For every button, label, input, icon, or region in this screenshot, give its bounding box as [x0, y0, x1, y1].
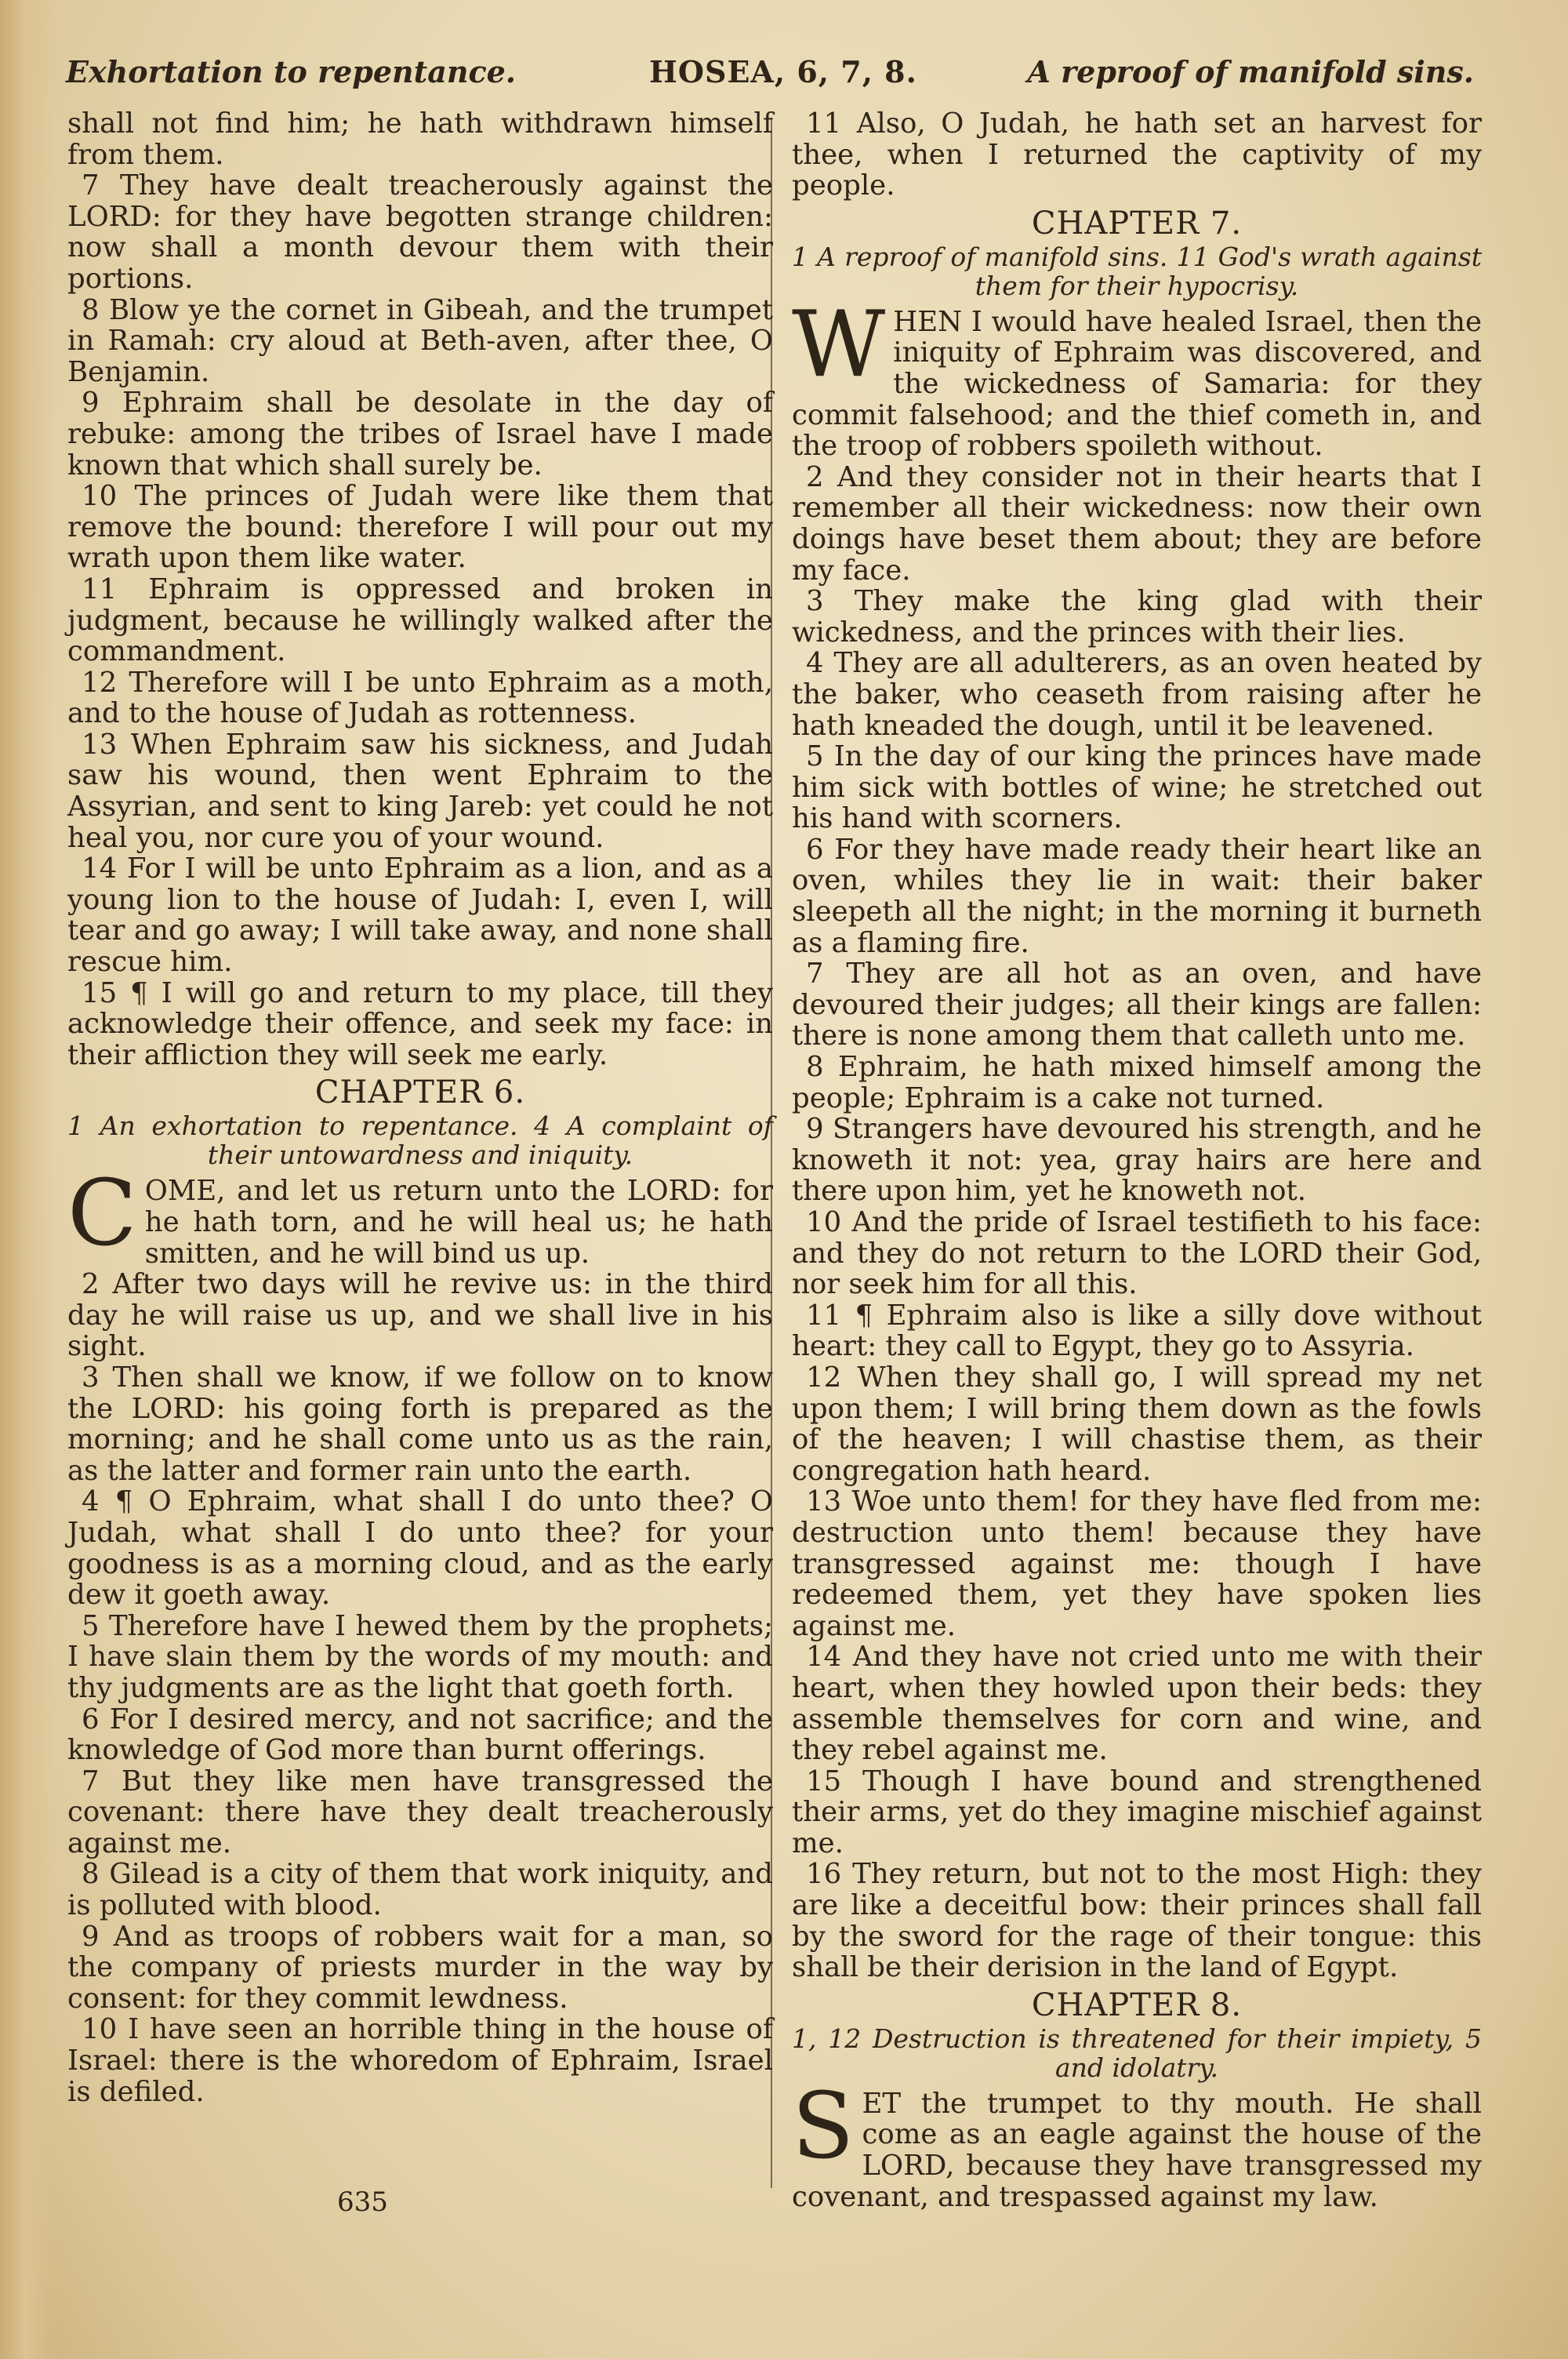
verse-text: Woe unto them! for they have fled from m…	[792, 1485, 1482, 1641]
right-column: 11 Also, O Judah, he hath set an harvest…	[792, 108, 1482, 2212]
verse-number: 11	[806, 1299, 841, 1332]
verse-text: For they have made ready their heart lik…	[792, 834, 1482, 959]
verse-text: For I will be unto Ephraim as a lion, an…	[67, 852, 773, 978]
verse: 9 Ephraim shall be desolate in the day o…	[67, 387, 773, 481]
verse-number: 13	[806, 1485, 841, 1518]
left-column: shall not find him; he hath withdrawn hi…	[67, 108, 773, 2107]
verse-text: Ephraim shall be desolate in the day of …	[67, 387, 773, 481]
verse-text: ¶ I will go and return to my place, till…	[67, 977, 773, 1071]
header-book-chapters: HOSEA, 6, 7, 8.	[649, 49, 917, 96]
chapter-first-verse: SET the trumpet to thy mouth. He shall c…	[792, 2088, 1482, 2212]
verse-number: 11	[806, 107, 841, 140]
verse-number: 15	[806, 1765, 841, 1797]
verse: 2 After two days will he revive us: in t…	[67, 1269, 773, 1362]
verse: 3 They make the king glad with their wic…	[792, 586, 1482, 648]
verse-number: 7	[82, 1765, 100, 1797]
chapter-title: CHAPTER 7.	[792, 206, 1482, 241]
verse-number: 3	[806, 585, 824, 617]
verse-text: The princes of Judah were like them that…	[67, 480, 773, 574]
verse-number: 15	[82, 977, 117, 1009]
chapter-8: CHAPTER 8. 1, 12 Destruction is threaten…	[792, 1988, 1482, 2212]
verse-number: 10	[82, 480, 117, 512]
verse-text: HEN I would have healed Israel, then the…	[792, 306, 1482, 462]
verse-number: 2	[806, 461, 824, 493]
verse-text: They are all adulterers, as an oven heat…	[792, 647, 1482, 741]
verse-number: 4	[82, 1485, 100, 1518]
verse: 5 In the day of our king the princes hav…	[792, 741, 1482, 834]
verse-number: 10	[82, 2013, 117, 2045]
chapter-first-verse: WHEN I would have healed Israel, then th…	[792, 307, 1482, 462]
verse-text: And as troops of robbers wait for a man,…	[67, 1921, 773, 2015]
page-spine-shadow	[0, 0, 55, 2359]
verse: 4 ¶ O Ephraim, what shall I do unto thee…	[67, 1486, 773, 1610]
verse-text: For I desired mercy, and not sacrifice; …	[67, 1703, 773, 1767]
verse: 8 Gilead is a city of them that work ini…	[67, 1859, 773, 1921]
verse: 3 Then shall we know, if we follow on to…	[67, 1362, 773, 1486]
verse-text: ¶ Ephraim also is like a silly dove with…	[792, 1299, 1482, 1363]
verse-number: 5	[806, 740, 824, 772]
verse: 9 Strangers have devoured his strength, …	[792, 1114, 1482, 1207]
verse: 7 They are all hot as an oven, and have …	[792, 958, 1482, 1052]
verse-number: 8	[82, 1858, 100, 1890]
verse: 10 And the pride of Israel testifieth to…	[792, 1207, 1482, 1300]
chapter-7: CHAPTER 7. 1 A reproof of manifold sins.…	[792, 206, 1482, 1983]
chapter-summary: 1, 12 Destruction is threatened for thei…	[792, 2024, 1482, 2082]
verse: 16 They return, but not to the most High…	[792, 1859, 1482, 1983]
verse: 6 For they have made ready their heart l…	[792, 834, 1482, 958]
verse-number: 14	[82, 852, 117, 885]
verse-number: 13	[82, 729, 117, 761]
chapter-first-verse: COME, and let us return unto the LORD: f…	[67, 1176, 773, 1269]
verse-text: ET the trumpet to thy mouth. He shall co…	[792, 2088, 1482, 2213]
verse-text: They return, but not to the most High: t…	[792, 1858, 1482, 1983]
verse-text: I have seen an horrible thing in the hou…	[67, 2013, 773, 2107]
verse-text: And they have not cried unto me with the…	[792, 1641, 1482, 1766]
verse-text: They make the king glad with their wicke…	[792, 585, 1482, 649]
verse: 11 Ephraim is oppressed and broken in ju…	[67, 574, 773, 667]
verse-text: And they consider not in their hearts th…	[792, 461, 1482, 587]
verse: 15 Though I have bound and strengthened …	[792, 1766, 1482, 1859]
verse: 8 Blow ye the cornet in Gibeah, and the …	[67, 295, 773, 388]
verse-text: Therefore will I be unto Ephraim as a mo…	[67, 667, 773, 730]
verse: 7 They have dealt treacherously against …	[67, 170, 773, 294]
header-right-title: A reproof of manifold sins.	[1027, 49, 1474, 96]
verse-text: Gilead is a city of them that work iniqu…	[67, 1858, 773, 1921]
verse: 5 Therefore have I hewed them by the pro…	[67, 1611, 773, 1704]
drop-cap: W	[792, 311, 885, 379]
verse-number: 12	[82, 667, 117, 699]
verse: 9 And as troops of robbers wait for a ma…	[67, 1921, 773, 2015]
verse-text: Also, O Judah, he hath set an harvest fo…	[792, 107, 1482, 202]
verse-text: OME, and let us return unto the LORD: fo…	[145, 1175, 773, 1269]
page-number: 635	[337, 2186, 388, 2218]
verse-number: 2	[82, 1268, 100, 1300]
verse: 10 The princes of Judah were like them t…	[67, 481, 773, 574]
verse: 13 Woe unto them! for they have fled fro…	[792, 1486, 1482, 1641]
verse-number: 16	[806, 1858, 841, 1890]
verse-number: 9	[82, 1921, 100, 1953]
verse-number: 10	[806, 1206, 841, 1238]
verse-number: 3	[82, 1361, 100, 1394]
verse: 2 And they consider not in their hearts …	[792, 462, 1482, 586]
verse-number: 8	[806, 1051, 824, 1083]
verse-number: 6	[82, 1703, 100, 1736]
verse-text: They have dealt treacherously against th…	[67, 169, 773, 295]
chapter-summary: 1 An exhortation to repentance. 4 A comp…	[67, 1111, 773, 1169]
verse-number: 11	[82, 573, 117, 605]
verse-text: Therefore have I hewed them by the proph…	[67, 1610, 773, 1704]
chapter-title: CHAPTER 6.	[67, 1075, 773, 1110]
verse-text: And the pride of Israel testifieth to hi…	[792, 1206, 1482, 1300]
verse-number: 9	[82, 387, 100, 419]
verse: 13 When Ephraim saw his sickness, and Ju…	[67, 729, 773, 853]
verse: 4 They are all adulterers, as an oven he…	[792, 648, 1482, 741]
verse-text: ¶ O Ephraim, what shall I do unto thee? …	[67, 1485, 773, 1611]
verse-text: After two days will he revive us: in the…	[67, 1268, 773, 1362]
verse-text: Then shall we know, if we follow on to k…	[67, 1361, 773, 1487]
header-left-title: Exhortation to repentance.	[66, 49, 516, 96]
verse: 11 ¶ Ephraim also is like a silly dove w…	[792, 1300, 1482, 1362]
verse-number: 5	[82, 1610, 100, 1642]
verse-number: 14	[806, 1641, 841, 1673]
verse-number: 8	[82, 294, 100, 326]
chapter-6: CHAPTER 6. 1 An exhortation to repentanc…	[67, 1075, 773, 2107]
chapter-title: CHAPTER 8.	[792, 1988, 1482, 2023]
verse-number: 9	[806, 1113, 824, 1145]
verse-number: 12	[806, 1361, 841, 1394]
verse-text: In the day of our king the princes have …	[792, 740, 1482, 834]
verse: 14 And they have not cried unto me with …	[792, 1641, 1482, 1765]
drop-cap: S	[792, 2093, 854, 2161]
verse-text: When they shall go, I will spread my net…	[792, 1361, 1482, 1487]
verse-text: Ephraim is oppressed and broken in judgm…	[67, 573, 773, 667]
chapter-5-verses: 7 They have dealt treacherously against …	[67, 170, 773, 1070]
drop-cap: C	[67, 1180, 137, 1248]
verse: 11 Also, O Judah, he hath set an harvest…	[792, 108, 1482, 202]
verse-text: They are all hot as an oven, and have de…	[792, 958, 1482, 1052]
verse-continuation: shall not find him; he hath withdrawn hi…	[67, 108, 773, 170]
verse: 7 But they like men have transgressed th…	[67, 1766, 773, 1859]
verse: 8 Ephraim, he hath mixed himself among t…	[792, 1052, 1482, 1114]
verse: 10 I have seen an horrible thing in the …	[67, 2014, 773, 2107]
verse-text: But they like men have transgressed the …	[67, 1765, 773, 1859]
verse-number: 7	[806, 958, 824, 990]
chapter-summary: 1 A reproof of manifold sins. 11 God's w…	[792, 242, 1482, 300]
verse: 12 When they shall go, I will spread my …	[792, 1362, 1482, 1486]
verse-number: 4	[806, 647, 824, 679]
verse: 14 For I will be unto Ephraim as a lion,…	[67, 853, 773, 977]
verse: 12 Therefore will I be unto Ephraim as a…	[67, 667, 773, 729]
verse-text: Ephraim, he hath mixed himself among the…	[792, 1051, 1482, 1114]
verse-text: Blow ye the cornet in Gibeah, and the tr…	[67, 294, 773, 388]
verse-number: 6	[806, 834, 824, 866]
verse: 6 For I desired mercy, and not sacrifice…	[67, 1704, 773, 1766]
verse-text: When Ephraim saw his sickness, and Judah…	[67, 729, 773, 854]
verse: 15 ¶ I will go and return to my place, t…	[67, 978, 773, 1071]
verse-text: Though I have bound and strengthened the…	[792, 1765, 1482, 1859]
verse-text: Strangers have devoured his strength, an…	[792, 1113, 1482, 1207]
running-header: Exhortation to repentance. HOSEA, 6, 7, …	[66, 49, 1474, 96]
verse-number: 7	[82, 169, 100, 202]
